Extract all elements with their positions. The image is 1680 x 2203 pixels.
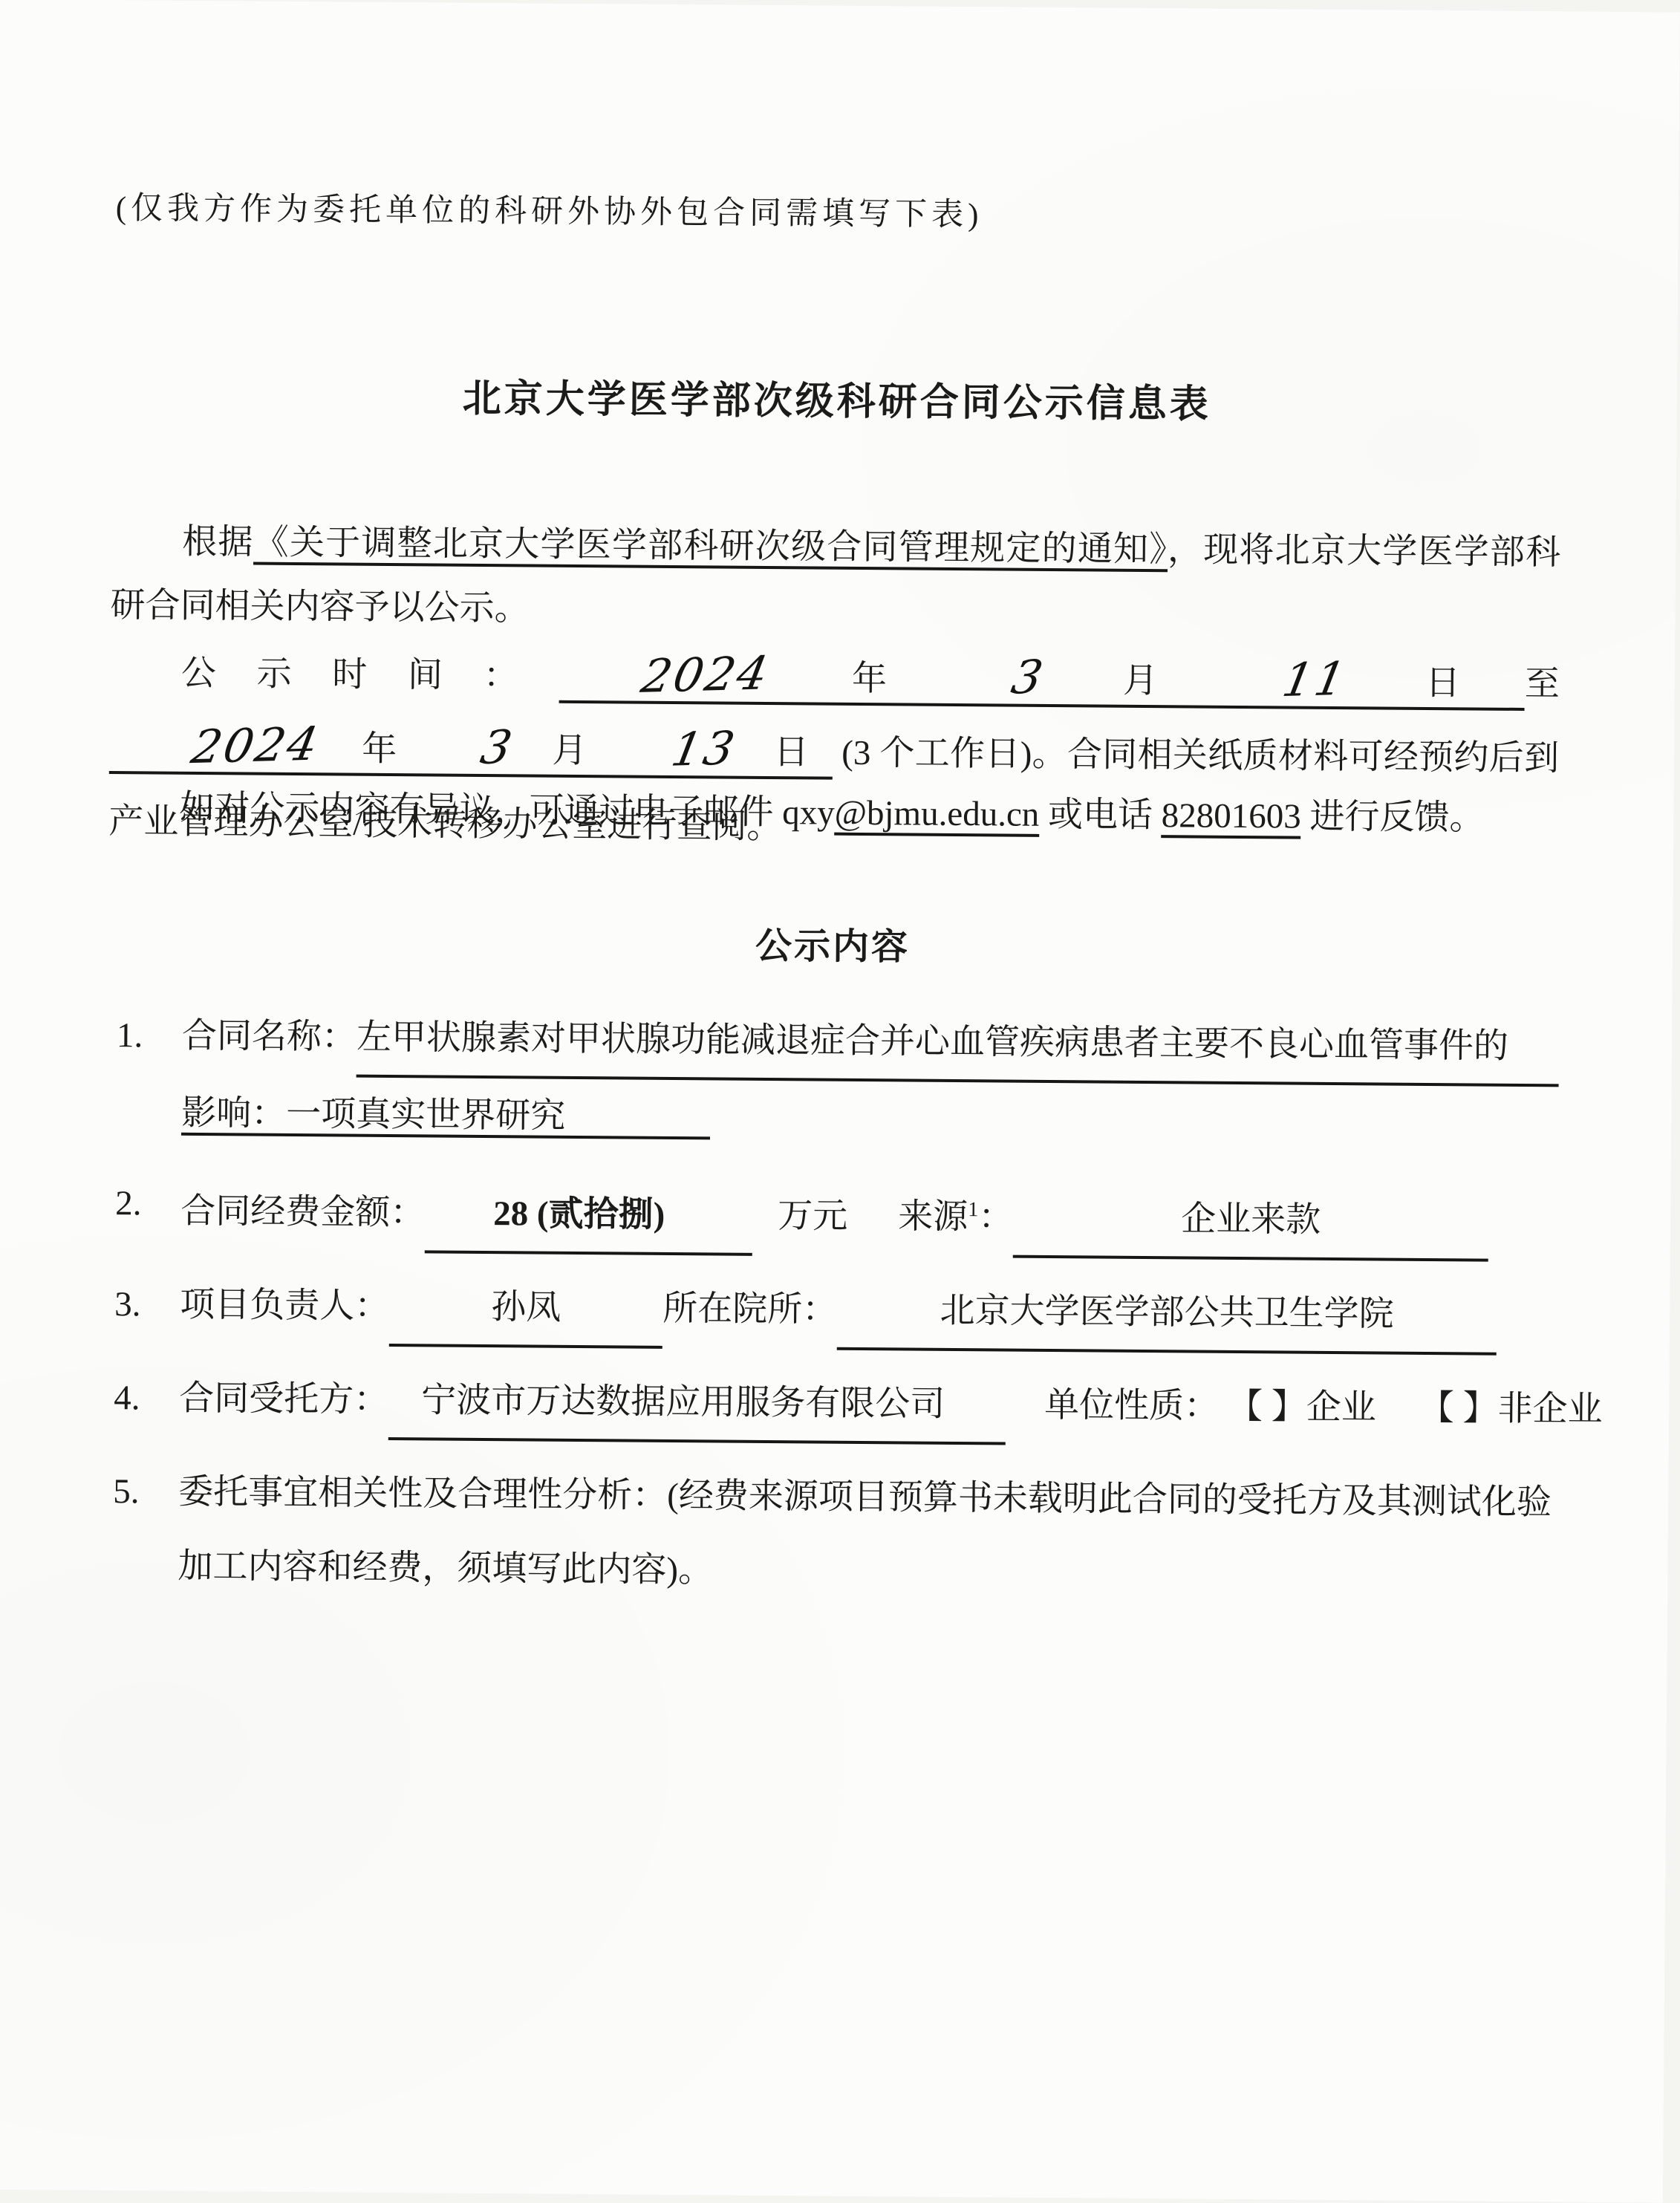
project-leader-label: 项目负责人：	[180, 1267, 390, 1343]
day-unit: 日	[1384, 663, 1501, 703]
department-field: 北京大学医学部公共卫生学院	[837, 1272, 1497, 1355]
contract-name-line1: 左甲状腺素对甲状腺功能减退症合并心血管疾病患者主要不良心血管事件的	[356, 1018, 1508, 1066]
month-unit: 月	[1082, 661, 1199, 700]
intro-paragraph: 根据《关于调整北京大学医学部科研次级合同管理规定的通知》，现将北京大学医学部科研…	[110, 510, 1560, 648]
start-month-handwritten: 3	[940, 677, 1044, 680]
source-word: 来源	[898, 1197, 968, 1237]
source-colon: ：	[978, 1198, 1013, 1237]
day-unit: 日	[773, 733, 809, 772]
top-note: (仅我方作为委托单位的科研外协外包合同需填写下表)	[116, 183, 983, 235]
analysis-item: 5. 委托事宜相关性及合理性分析：(经费来源项目预算书未载明此合同的受托方及其测…	[112, 1454, 1556, 1614]
intro-prefix: 根据	[182, 523, 254, 562]
contract-name-label: 合同名称：	[182, 999, 357, 1075]
feedback-paragraph: 如对公示内容有异议，可通过电子邮件 qxy@bjmu.edu.cn 或电话 82…	[108, 775, 1559, 850]
period-label: 公示时间：	[181, 654, 559, 696]
to-label: 至	[1525, 665, 1560, 703]
start-year-handwritten: 2024	[570, 673, 769, 678]
item-number: 2.	[115, 1166, 142, 1240]
non-enterprise-checkbox-option: 【 】非企业	[1419, 1371, 1604, 1447]
contract-name-item: 1. 合同名称： 左甲状腺素对甲状腺功能减退症合并心血管疾病患者主要不良心血管事…	[116, 998, 1560, 1161]
contract-name-field-line2: 影响：一项真实世界研究	[181, 1094, 710, 1140]
scanned-document-page: (仅我方作为委托单位的科研外协外包合同需填写下表) 北京大学医学部次级科研合同公…	[0, 0, 1680, 2190]
funding-source-field: 企业来款	[1013, 1180, 1489, 1261]
phone-number: 82801603	[1162, 796, 1301, 839]
contract-amount-field: 28 (贰拾捌)	[425, 1176, 753, 1255]
contract-amount-item: 2. 合同经费金额： 28 (贰拾捌) 万元 来源1： 企业来款	[115, 1166, 1558, 1262]
notice-reference: 《关于调整北京大学医学部科研次级合同管理规定的通知》	[253, 524, 1168, 573]
analysis-text: 委托事宜相关性及合理性分析：(经费来源项目预算书未载明此合同的受托方及其测试化验…	[178, 1472, 1552, 1589]
feedback-suffix: 进行反馈。	[1301, 798, 1485, 838]
document-title: 北京大学医学部次级科研合同公示信息表	[0, 363, 1677, 432]
feedback-prefix: 如对公示内容有异议，可通过电子邮件	[180, 789, 782, 832]
contractor-item: 4. 合同受托方： 宁波市万达数据应用服务有限公司 单位性质： 【 】企业 【 …	[114, 1361, 1557, 1449]
entity-nature-label: 单位性质：	[1044, 1368, 1220, 1444]
item-number: 5.	[113, 1454, 140, 1529]
contract-amount-label: 合同经费金额：	[180, 1174, 426, 1250]
month-unit: 月	[552, 732, 587, 770]
end-day-handwritten: 13	[600, 748, 735, 752]
end-year-handwritten: 2024	[120, 744, 319, 749]
end-month-handwritten: 3	[410, 747, 513, 750]
amount-unit: 万元	[778, 1179, 848, 1254]
or-phone-text: 或电话	[1039, 795, 1162, 835]
contract-name-line2: 影响：一项真实世界研究	[181, 1094, 565, 1136]
project-leader-field: 孙凤	[389, 1269, 663, 1349]
publicity-items-list: 1. 合同名称： 左甲状腺素对甲状腺功能减退症合并心血管疾病患者主要不良心血管事…	[112, 998, 1560, 1630]
contractor-label: 合同受托方：	[179, 1361, 389, 1436]
project-leader-item: 3. 项目负责人： 孙凤 所在院所： 北京大学医学部公共卫生学院	[114, 1267, 1557, 1356]
period-start-field: 2024年3月11日	[559, 657, 1525, 711]
funding-source-label: 来源1：	[898, 1172, 1014, 1255]
section-title: 公示内容	[0, 911, 1673, 977]
period-end-field: 2024年3月13日	[109, 728, 833, 780]
department-label: 所在院所：	[662, 1272, 838, 1347]
contractor-field: 宁波市万达数据应用服务有限公司	[388, 1363, 1006, 1445]
item-number: 1.	[117, 998, 143, 1073]
contract-name-field: 左甲状腺素对甲状腺功能减退症合并心血管疾病患者主要不良心血管事件的	[356, 1000, 1560, 1087]
year-unit: 年	[811, 659, 928, 698]
email-domain: @bjmu.edu.cn	[834, 794, 1039, 837]
item-number: 3.	[114, 1267, 141, 1341]
enterprise-checkbox-option: 【 】企业	[1228, 1370, 1377, 1445]
year-unit: 年	[362, 730, 397, 769]
item-number: 4.	[114, 1361, 140, 1435]
email-user: qxy	[782, 793, 835, 833]
source-footnote-marker: 1	[968, 1198, 978, 1221]
start-day-handwritten: 11	[1211, 679, 1347, 683]
